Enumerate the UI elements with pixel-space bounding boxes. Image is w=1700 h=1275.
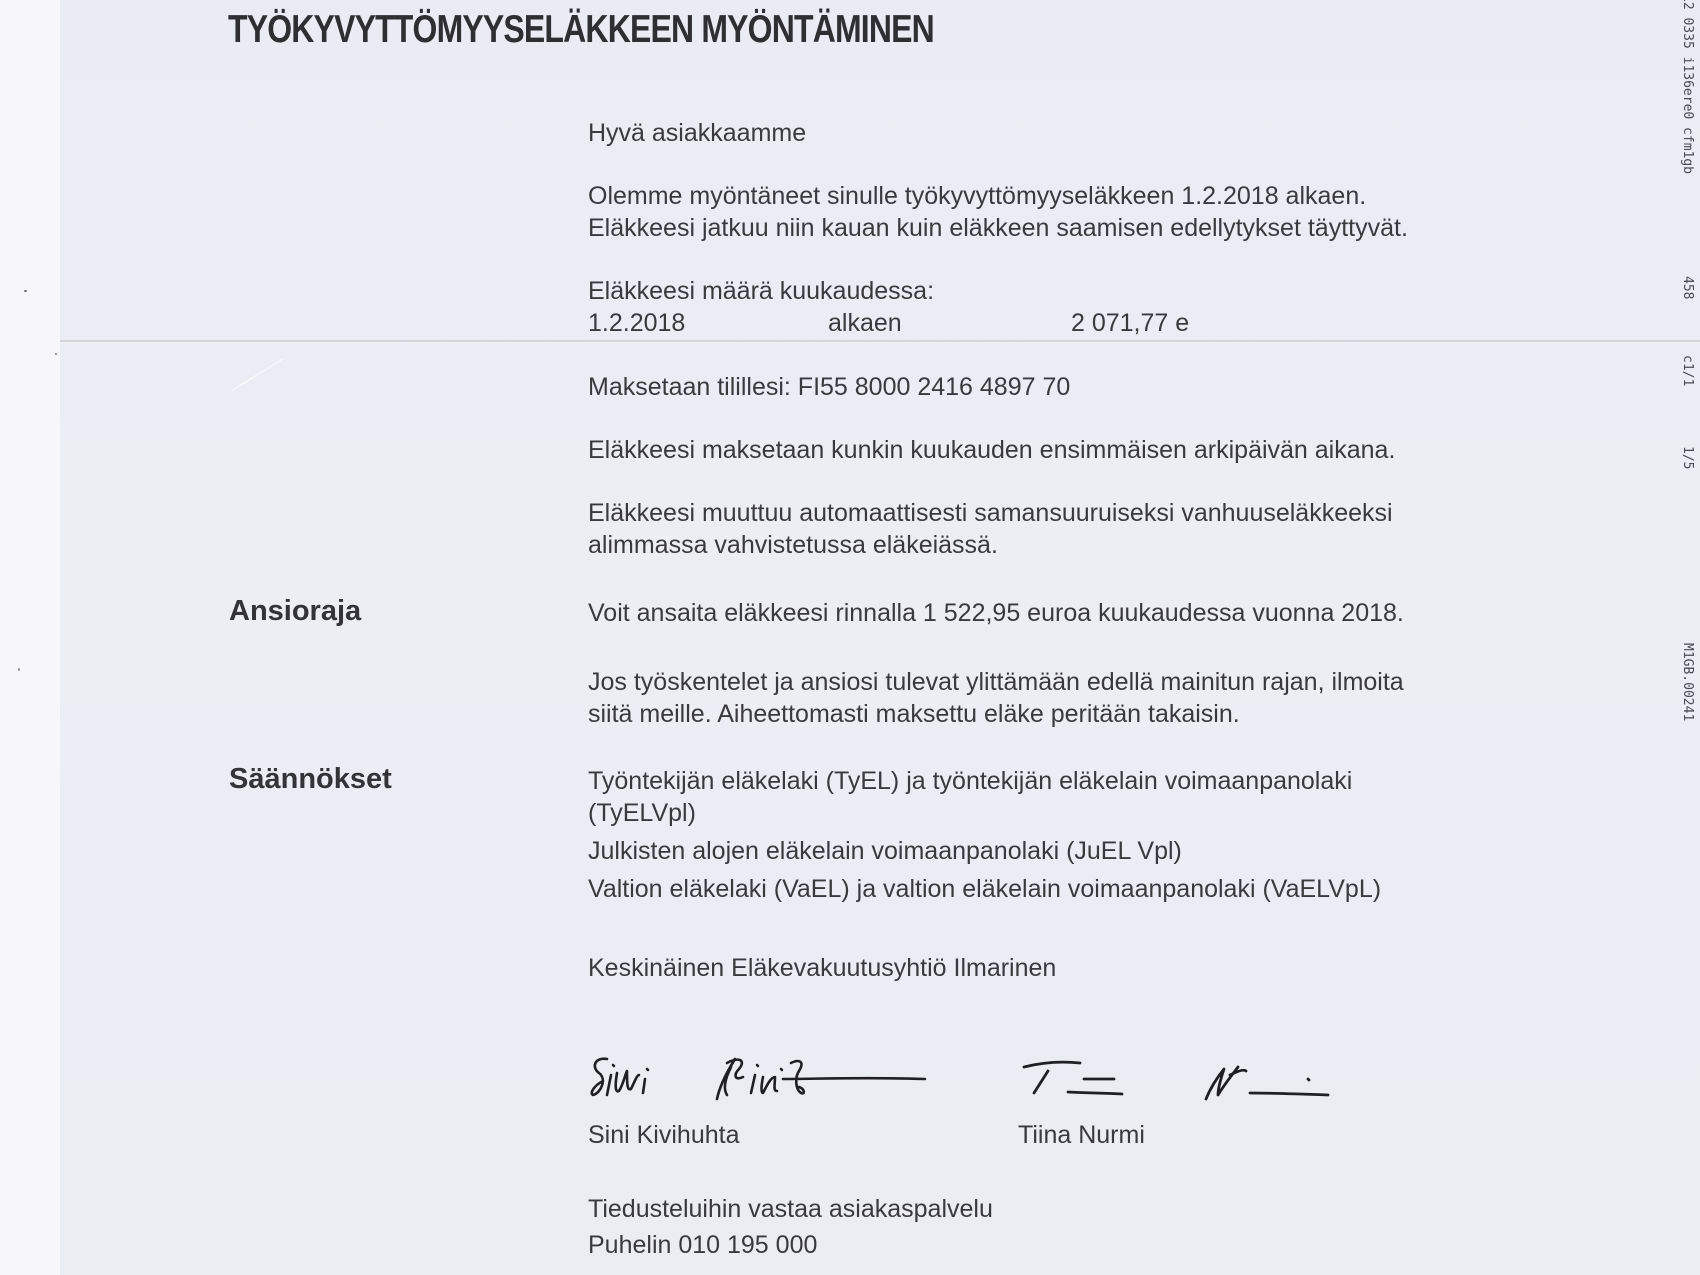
payment-timing: Eläkkeesi maksetaan kunkin kuukauden ens…	[588, 434, 1395, 466]
company-name: Keskinäinen Eläkevakuutusyhtiö Ilmarinen	[588, 952, 1056, 984]
regulation-line-1: Työntekijän eläkelaki (TyEL) ja työnteki…	[588, 765, 1352, 797]
regulation-line-2: (TyELVpl)	[588, 797, 696, 829]
scan-speck	[55, 353, 57, 355]
earnings-notice-line-2: siitä meille. Aiheettomasti maksettu elä…	[588, 698, 1240, 730]
amount-start-date: 1.2.2018	[588, 307, 685, 339]
conversion-notice-line-2: alimmassa vahvistetussa eläkeiässä.	[588, 529, 998, 561]
contact-phone: Puhelin 010 195 000	[588, 1229, 817, 1261]
margin-code-batch: 12 0335 i136ere0 cfm1gb	[1680, 0, 1695, 174]
margin-code-document-id: M1GB.00241	[1680, 643, 1695, 721]
continuation-statement: Eläkkeesi jatkuu niin kauan kuin eläkkee…	[588, 212, 1408, 244]
amount-heading: Eläkkeesi määrä kuukaudessa:	[588, 275, 934, 307]
earnings-notice-line-1: Jos työskentelet ja ansiosi tulevat ylit…	[588, 666, 1404, 698]
handwritten-signature-icon	[1010, 1045, 1330, 1105]
regulation-line-4: Valtion eläkelaki (VaEL) ja valtion eläk…	[588, 873, 1381, 905]
scan-speck	[18, 668, 20, 671]
scan-margin	[0, 0, 60, 1275]
page-title: TYÖKYVYTTÖMYYSELÄKKEEN MYÖNTÄMINEN	[228, 8, 934, 52]
payment-account: Maksetaan tilillesi: FI55 8000 2416 4897…	[588, 371, 1070, 403]
conversion-notice-line-1: Eläkkeesi muuttuu automaattisesti samans…	[588, 497, 1393, 529]
handwritten-signature-icon	[585, 1045, 935, 1105]
regulation-line-3: Julkisten alojen eläkelain voimaanpanola…	[588, 835, 1182, 867]
amount-from-label: alkaen	[828, 307, 902, 339]
salutation: Hyvä asiakkaamme	[588, 117, 806, 149]
amount-row: 1.2.2018 alkaen 2 071,77 e	[588, 307, 1288, 339]
margin-code-number: 458	[1680, 276, 1695, 299]
paper-fold-line	[60, 340, 1700, 343]
earnings-limit-text: Voit ansaita eläkkeesi rinnalla 1 522,95…	[588, 597, 1404, 629]
signatory-name-1: Sini Kivihuhta	[588, 1119, 739, 1151]
section-label-ansioraja: Ansioraja	[229, 595, 361, 628]
section-label-saannokset: Säännökset	[229, 763, 392, 796]
grant-statement: Olemme myöntäneet sinulle työkyvyttömyys…	[588, 180, 1366, 212]
scan-speck	[24, 290, 27, 292]
margin-code-page: 1/5	[1680, 446, 1695, 469]
signatory-name-2: Tiina Nurmi	[1018, 1119, 1145, 1151]
margin-code-copy: c1/1	[1680, 355, 1695, 386]
contact-line-1: Tiedusteluihin vastaa asiakaspalvelu	[588, 1193, 993, 1225]
monthly-amount: 2 071,77 e	[1071, 307, 1189, 339]
